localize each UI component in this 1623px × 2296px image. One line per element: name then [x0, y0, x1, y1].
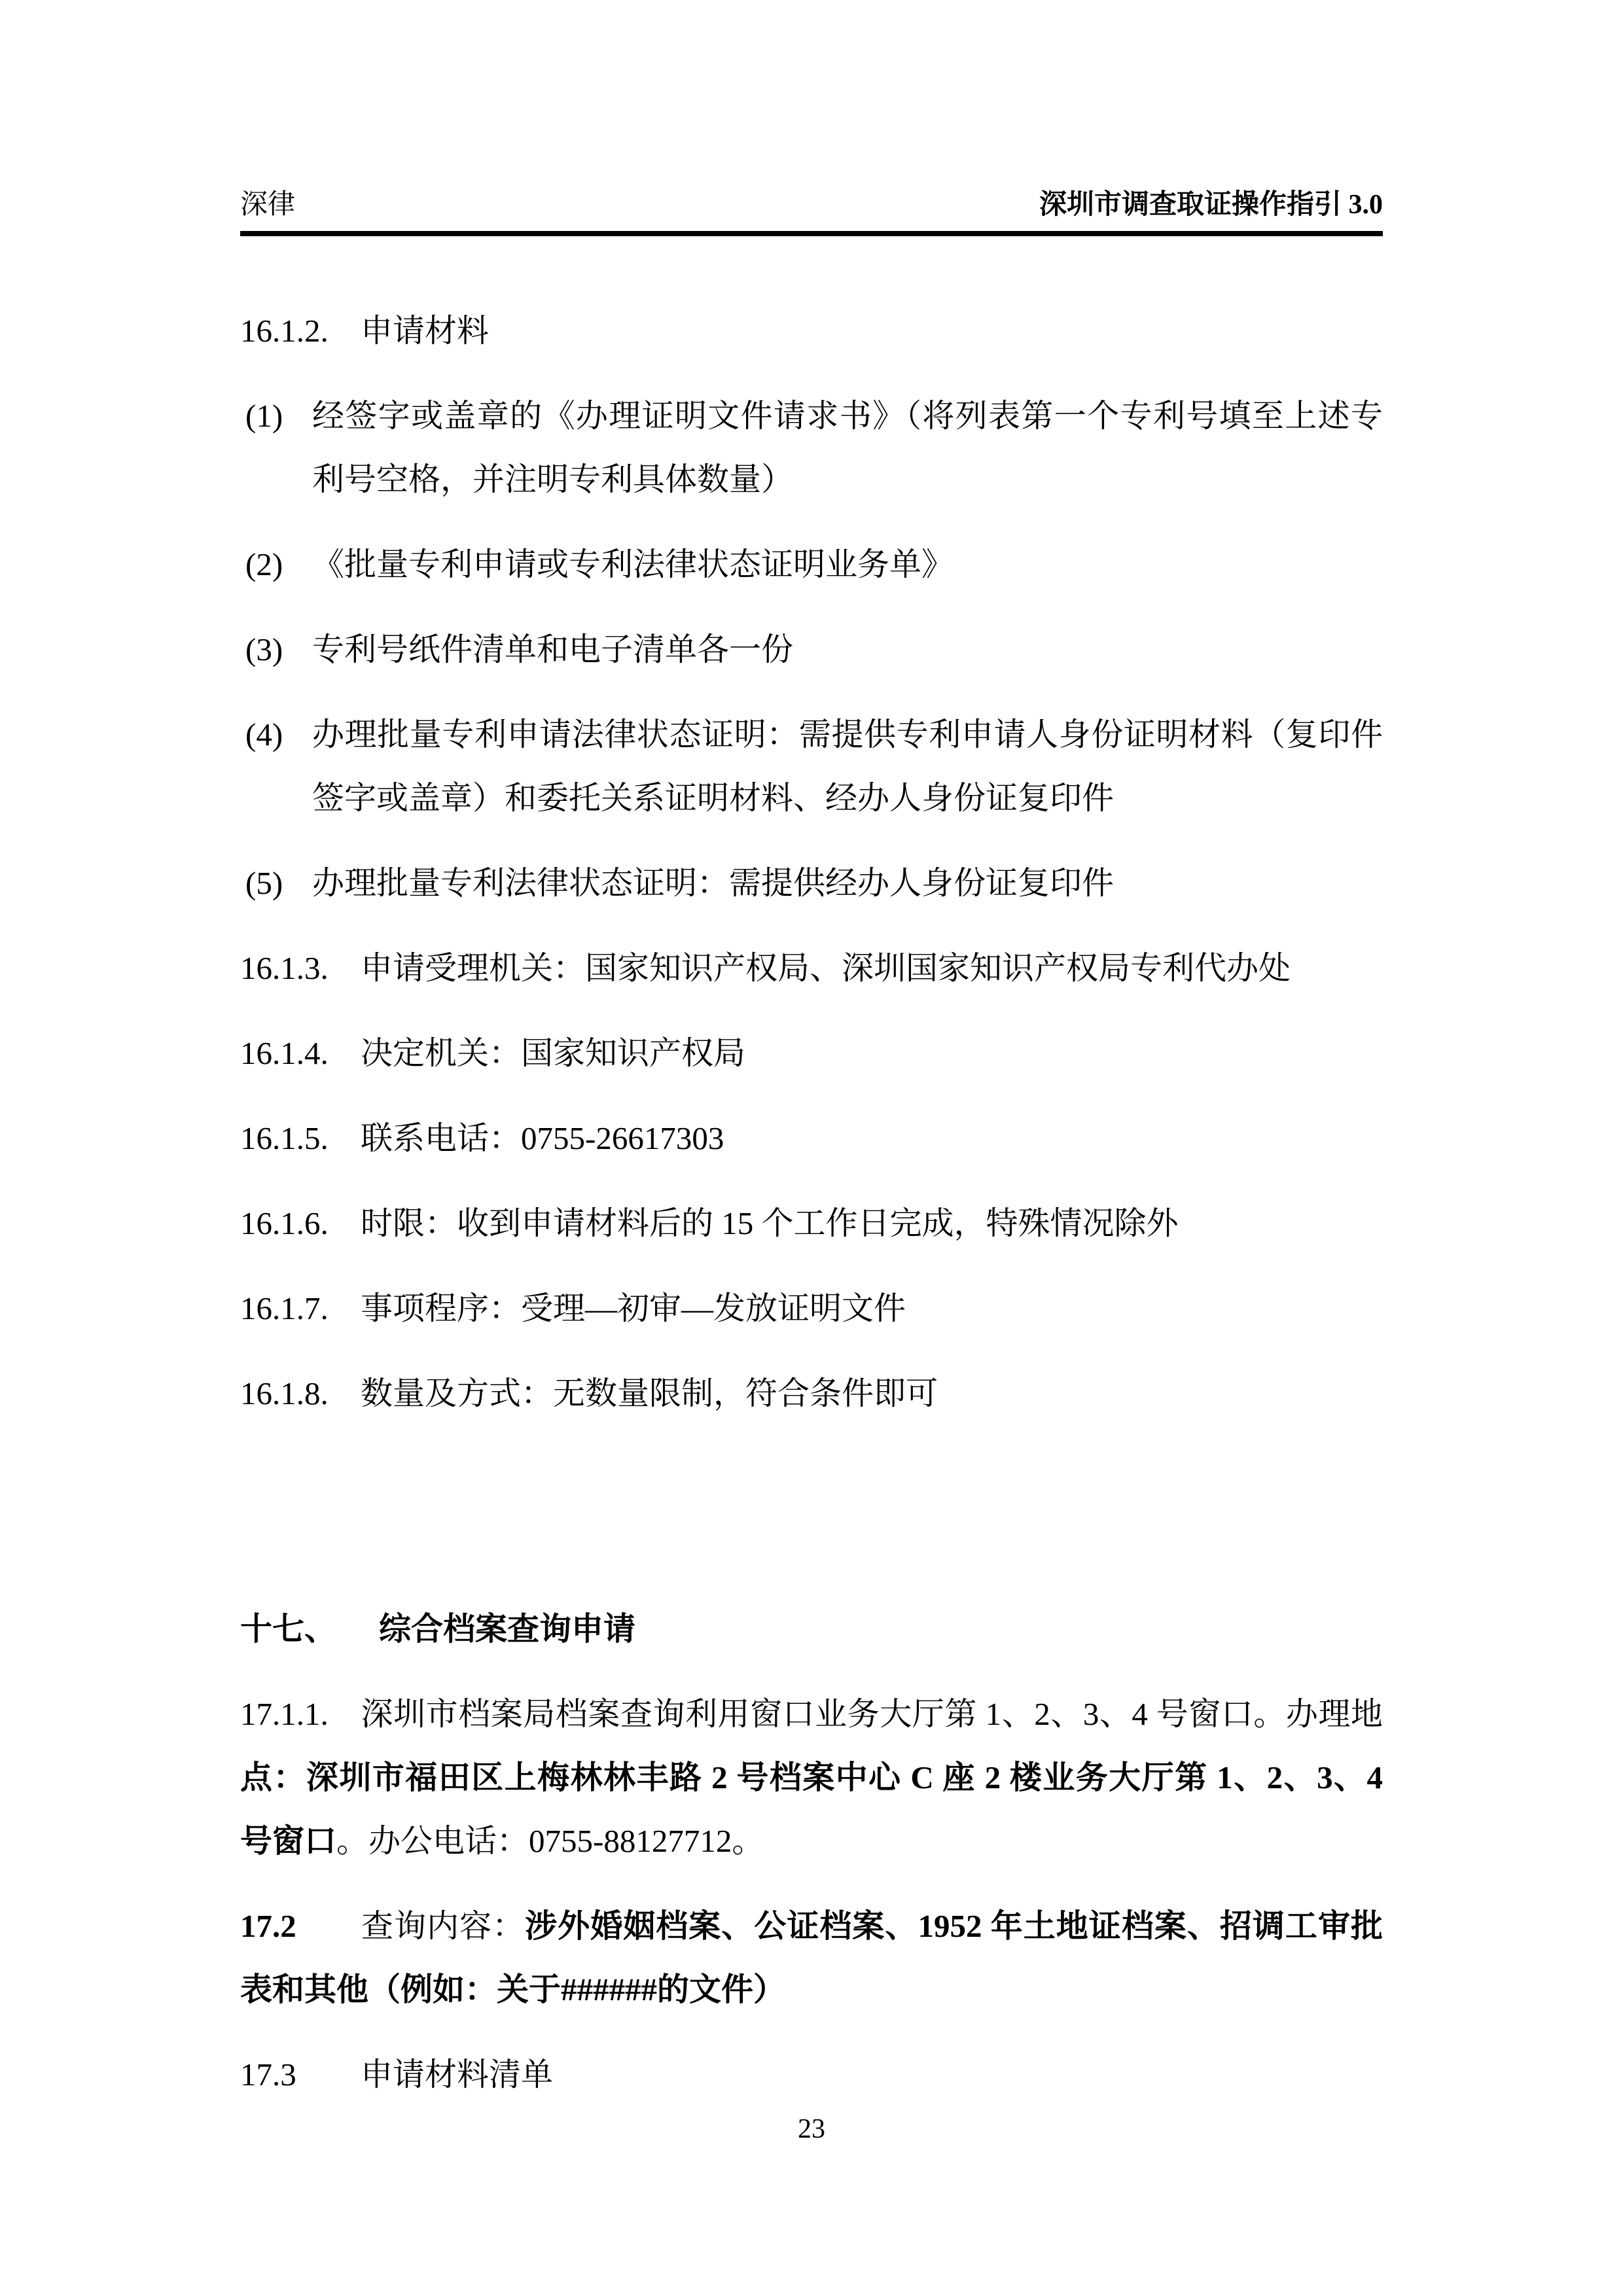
text-line: 16.1.5.联系电话：0755-26617303	[240, 1106, 1383, 1170]
text-line: (4)办理批量专利申请法律状态证明：需提供专利申请人身份证明材料（复印件	[312, 703, 1383, 766]
paragraph-item-4: (4)办理批量专利申请法律状态证明：需提供专利申请人身份证明材料（复印件签字或盖…	[240, 703, 1383, 830]
text-segment: 签字或盖章）和委托关系证明材料、经办人身份证复印件	[312, 780, 1114, 816]
paragraph-item-3: (3)专利号纸件清单和电子清单各一份	[240, 618, 1383, 681]
text-line: 17.3申请材料清单	[240, 2043, 1383, 2106]
text-segment: 时限：收到申请材料后的 15 个工作日完成，特殊情况除外	[361, 1205, 1179, 1241]
paragraph-16-1-6: 16.1.6.时限：收到申请材料后的 15 个工作日完成，特殊情况除外	[240, 1192, 1383, 1255]
text-line: (1)经签字或盖章的《办理证明文件请求书》（将列表第一个专利号填至上述专	[312, 384, 1383, 448]
text-segment: 专利号纸件清单和电子清单各一份	[312, 631, 793, 667]
text-segment: 办理批量专利法律状态证明：需提供经办人身份证复印件	[312, 865, 1114, 901]
text-segment: 查询内容：	[361, 1908, 525, 1944]
text-line: 表和其他（例如：关于######的文件）	[240, 1958, 1383, 2021]
paragraph-label: 16.1.4.	[240, 1021, 361, 1085]
text-segment: 深圳市档案局档案查询利用窗口业务大厅第 1、2、3、4 号窗口。办理地	[361, 1696, 1383, 1732]
paragraph-label: 17.2	[240, 1894, 361, 1958]
paragraph-16-1-5: 16.1.5.联系电话：0755-26617303	[240, 1106, 1383, 1170]
text-line: 17.2查询内容：涉外婚姻档案、公证档案、1952 年土地证档案、招调工审批	[240, 1894, 1383, 1958]
paragraph-17-3: 17.3申请材料清单	[240, 2043, 1383, 2106]
text-line: (2)《批量专利申请或专利法律状态证明业务单》	[312, 533, 1383, 596]
paragraph-16-1-8: 16.1.8.数量及方式：无数量限制，符合条件即可	[240, 1362, 1383, 1425]
text-segment: 联系电话：0755-26617303	[361, 1120, 724, 1156]
paragraph-label: 17.1.1.	[240, 1682, 361, 1746]
text-line: 17.1.1.深圳市档案局档案查询利用窗口业务大厅第 1、2、3、4 号窗口。办…	[240, 1682, 1383, 1746]
text-segment: 。办公电话：0755-88127712。	[336, 1823, 764, 1859]
text-line: 签字或盖章）和委托关系证明材料、经办人身份证复印件	[312, 766, 1383, 830]
text-line: 点：深圳市福田区上梅林林丰路 2 号档案中心 C 座 2 楼业务大厅第 1、2、…	[240, 1746, 1383, 1809]
text-line: 16.1.7.事项程序：受理—初审—发放证明文件	[240, 1277, 1383, 1340]
paragraph-item-1: (1)经签字或盖章的《办理证明文件请求书》（将列表第一个专利号填至上述专利号空格…	[240, 384, 1383, 511]
text-segment: 申请材料	[361, 313, 489, 349]
text-segment: 决定机关：国家知识产权局	[361, 1035, 745, 1071]
text-line: 16.1.4.决定机关：国家知识产权局	[240, 1021, 1383, 1085]
header-left-text: 深律	[240, 188, 295, 222]
text-line: 利号空格，并注明专利具体数量）	[312, 448, 1383, 511]
text-line: 16.1.3.申请受理机关：国家知识产权局、深圳国家知识产权局专利代办处	[240, 936, 1383, 1000]
paragraph-label: 十七、	[240, 1597, 379, 1661]
paragraph-label: (1)	[245, 384, 311, 448]
page-number: 23	[798, 2114, 825, 2144]
paragraph-label: 16.1.7.	[240, 1277, 361, 1340]
paragraph-16-1-2: 16.1.2.申请材料	[240, 299, 1383, 362]
header-title: 深圳市调查取证操作指引 3.0	[1039, 188, 1383, 222]
paragraph-17-1-1: 17.1.1.深圳市档案局档案查询利用窗口业务大厅第 1、2、3、4 号窗口。办…	[240, 1682, 1383, 1873]
paragraph-label: 16.1.3.	[240, 936, 361, 1000]
text-line: (3)专利号纸件清单和电子清单各一份	[312, 618, 1383, 681]
text-segment: 点：深圳市福田区上梅林林丰路 2 号档案中心 C 座 2 楼业务大厅第 1、2、…	[240, 1759, 1383, 1795]
paragraph-label: 16.1.2.	[240, 299, 361, 362]
doc-header: 深律 深圳市调查取证操作指引 3.0	[240, 188, 1383, 236]
text-segment: 数量及方式：无数量限制，符合条件即可	[361, 1375, 938, 1411]
text-segment: 事项程序：受理—初审—发放证明文件	[361, 1290, 906, 1326]
text-segment: 经签字或盖章的《办理证明文件请求书》（将列表第一个专利号填至上述专	[312, 398, 1383, 434]
paragraph-label: 17.3	[240, 2043, 361, 2106]
paragraph-16-1-4: 16.1.4.决定机关：国家知识产权局	[240, 1021, 1383, 1085]
paragraph-label: (3)	[245, 618, 311, 681]
text-line: 16.1.8.数量及方式：无数量限制，符合条件即可	[240, 1362, 1383, 1425]
document-page: 深律 深圳市调查取证操作指引 3.0 16.1.2.申请材料(1)经签字或盖章的…	[0, 0, 1623, 2296]
text-segment: 申请材料清单	[361, 2057, 553, 2093]
paragraph-17-2: 17.2查询内容：涉外婚姻档案、公证档案、1952 年土地证档案、招调工审批表和…	[240, 1894, 1383, 2021]
text-line: 16.1.2.申请材料	[240, 299, 1383, 362]
paragraph-label: 16.1.5.	[240, 1106, 361, 1170]
paragraph-16-1-7: 16.1.7.事项程序：受理—初审—发放证明文件	[240, 1277, 1383, 1340]
text-segment: 涉外婚姻档案、公证档案、1952 年土地证档案、招调工审批	[525, 1908, 1383, 1944]
text-segment: 办理批量专利申请法律状态证明：需提供专利申请人身份证明材料（复印件	[312, 716, 1383, 752]
text-line: (5)办理批量专利法律状态证明：需提供经办人身份证复印件	[312, 851, 1383, 915]
doc-footer: 23	[0, 2111, 1623, 2147]
text-segment: 号窗口	[240, 1823, 336, 1859]
paragraph-label: (4)	[245, 703, 311, 766]
text-line: 号窗口。办公电话：0755-88127712。	[240, 1809, 1383, 1873]
text-segment: 申请受理机关：国家知识产权局、深圳国家知识产权局专利代办处	[361, 950, 1291, 986]
paragraph-label: (2)	[245, 533, 311, 596]
paragraph-label: 16.1.6.	[240, 1192, 361, 1255]
paragraph-section-17: 十七、综合档案查询申请	[240, 1597, 1383, 1661]
text-segment: 表和其他（例如：关于######的文件）	[240, 1971, 785, 2007]
content: 16.1.2.申请材料(1)经签字或盖章的《办理证明文件请求书》（将列表第一个专…	[240, 299, 1383, 2128]
text-line: 十七、综合档案查询申请	[240, 1597, 1383, 1661]
paragraph-item-2: (2)《批量专利申请或专利法律状态证明业务单》	[240, 533, 1383, 596]
text-segment: 利号空格，并注明专利具体数量）	[312, 461, 793, 497]
text-segment: 《批量专利申请或专利法律状态证明业务单》	[312, 546, 954, 582]
paragraph-item-5: (5)办理批量专利法律状态证明：需提供经办人身份证复印件	[240, 851, 1383, 915]
text-segment: 综合档案查询申请	[379, 1611, 635, 1647]
paragraph-16-1-3: 16.1.3.申请受理机关：国家知识产权局、深圳国家知识产权局专利代办处	[240, 936, 1383, 1000]
paragraph-label: 16.1.8.	[240, 1362, 361, 1425]
paragraph-label: (5)	[245, 851, 311, 915]
text-line: 16.1.6.时限：收到申请材料后的 15 个工作日完成，特殊情况除外	[240, 1192, 1383, 1255]
